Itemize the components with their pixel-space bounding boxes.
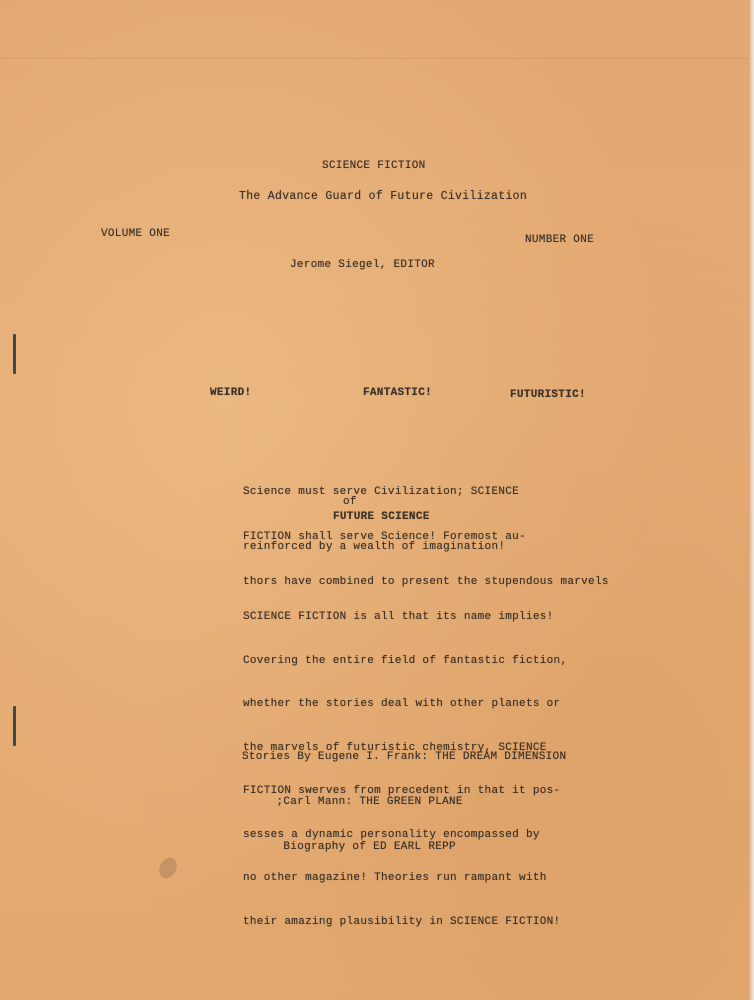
paper-page: SCIENCE FICTION The Advance Guard of Fut… bbox=[0, 0, 748, 1000]
intro-line: Science must serve Civilization; SCIENCE bbox=[243, 485, 609, 500]
document-subtitle: The Advance Guard of Future Civilization bbox=[239, 190, 527, 203]
stories-line: Stories By Eugene I. Frank: THE DREAM DI… bbox=[242, 750, 566, 765]
editor-credit: Jerome Siegel, EDITOR bbox=[290, 259, 435, 271]
page-edge bbox=[748, 0, 754, 1000]
volume-label: VOLUME ONE bbox=[101, 228, 170, 240]
description-line: SCIENCE FICTION is all that its name imp… bbox=[243, 610, 567, 625]
document-title: SCIENCE FICTION bbox=[322, 160, 426, 172]
intro-highlight: FUTURE SCIENCE bbox=[333, 511, 430, 523]
intro-closing: reinforced by a wealth of imagination! bbox=[243, 541, 505, 553]
slogan-futuristic: FUTURISTIC! bbox=[510, 389, 586, 401]
stories-line: ;Carl Mann: THE GREEN PLANE bbox=[242, 795, 566, 810]
staple-top bbox=[13, 334, 16, 374]
description-line: their amazing plausibility in SCIENCE FI… bbox=[243, 915, 567, 930]
stories-line: Biography of ED EARL REPP bbox=[242, 840, 566, 855]
description-line: whether the stories deal with other plan… bbox=[243, 697, 567, 712]
slogan-fantastic: FANTASTIC! bbox=[363, 387, 432, 399]
stories-list: Stories By Eugene I. Frank: THE DREAM DI… bbox=[242, 720, 566, 885]
issue-number-label: NUMBER ONE bbox=[525, 234, 594, 246]
description-line: Covering the entire field of fantastic f… bbox=[243, 654, 567, 669]
ink-smudge bbox=[156, 854, 181, 881]
staple-bottom bbox=[13, 706, 16, 746]
slogan-weird: WEIRD! bbox=[210, 387, 251, 399]
paper-fold-line bbox=[0, 58, 748, 59]
intro-of: of bbox=[343, 496, 357, 508]
